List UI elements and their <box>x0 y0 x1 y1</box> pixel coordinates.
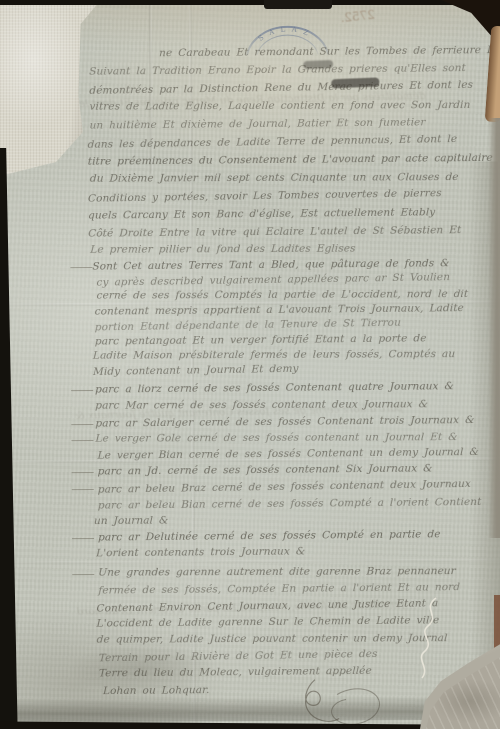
manuscript-line: Une grandes garenne autrement dite garen… <box>98 566 456 578</box>
manuscript-line: Sont Cet autres Terres Tant a Bled, que … <box>92 258 450 272</box>
manuscript-line: parc ar beleu Bian cerné de ses fossés C… <box>98 497 482 511</box>
manuscript-line: un huitième Et dixième de Journal, Batie… <box>89 117 425 131</box>
margin-rule-dash <box>70 267 92 268</box>
manuscript-line: Le verger Bian cerné de ses fossés Conte… <box>97 447 479 461</box>
manuscript-line: Le verger Gole cerné de ses fossés conte… <box>95 432 458 444</box>
margin-rule-dash <box>72 574 94 575</box>
manuscript-line: Conditions y portées, savoir Les Tombes … <box>88 188 442 204</box>
manuscript-line: cy après described vulgairement appellée… <box>96 272 450 288</box>
manuscript-line: contenant mespris appartient a L'avouant… <box>95 303 464 317</box>
manuscript-line: parc ar Delutinée cerné de ses fossés Co… <box>98 529 441 543</box>
margin-rule-dash <box>71 390 93 391</box>
manuscript-line: un Journal & <box>94 515 169 526</box>
photo-background-top-edge <box>0 0 500 5</box>
manuscript-line: dans les dépendances de Ladite Terre de … <box>88 134 458 150</box>
loose-thread <box>408 596 448 680</box>
manuscript-line: cerné de ses fossés Comptés la partie de… <box>96 289 468 301</box>
manuscript-line: fermée de ses fossés, Comptée En partie … <box>98 582 460 596</box>
photo-background-notch <box>264 0 332 9</box>
margin-rule-dash <box>72 489 94 490</box>
manuscript-line: parc pentangoat Et un verger fortifié Et… <box>95 333 427 347</box>
manuscript-line: de quimper, Ladite Justice pouvant conte… <box>96 633 447 645</box>
manuscript-line: Terrain pour la Rivière de Got Et une pi… <box>99 649 378 664</box>
margin-rule-dash <box>72 472 94 473</box>
manuscript-line: Midy contenant un Journal Et demy <box>93 364 299 378</box>
photograph-of-manuscript: S A L A Z 2752. ne Carabeau Et remondant… <box>0 0 500 729</box>
manuscript-line: parc a liorz cerné de ses fossés Contena… <box>95 381 454 395</box>
manuscript-line: L'occident de Ladite garenne Sur le Chem… <box>96 615 439 629</box>
manuscript-line: Suivant la Tradition Erano Epoir la Gran… <box>89 63 466 77</box>
margin-rule-dash <box>71 424 93 425</box>
manuscript-line: Le premier pillier du fond des Ladites E… <box>90 244 356 256</box>
manuscript-line: Côté Droite Entre la vitre qui Eclaire L… <box>88 225 461 239</box>
manuscript-line: quels Carcany Et son Banc d'église, Est … <box>88 207 435 221</box>
margin-rule-dash <box>71 440 93 441</box>
manuscript-line: Ladite Maison présbiterale fermés de leu… <box>93 349 456 361</box>
manuscript-line: titre préeminences du Consentement de L'… <box>88 153 493 167</box>
manuscript-line: L'orient contenants trois Journaux & <box>96 546 305 559</box>
surface-right-edge <box>488 118 500 538</box>
margin-rule-dash <box>72 538 94 539</box>
manuscript-line: du Dixième Janvier mil sept cents Cinqua… <box>90 172 459 184</box>
manuscript-line: parc an Jd. cerné de ses fossés contenan… <box>98 463 433 477</box>
manuscript-line: parc ar beleu Braz cerné de ses fossés c… <box>98 479 471 495</box>
manuscript-line: Lohan ou Lohquar. <box>103 685 210 697</box>
manuscript-line: portion Etant dépendante de la Tenure de… <box>95 318 401 333</box>
manuscript-line: ne Carabeau Et remondant Sur les Tombes … <box>159 45 500 59</box>
signature-flourish <box>279 674 399 729</box>
